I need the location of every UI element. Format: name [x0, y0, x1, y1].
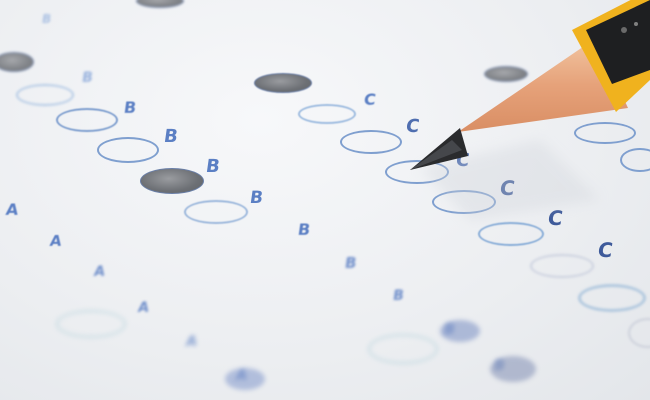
answer-letter-a: A [93, 264, 106, 280]
answer-letter-b: B [297, 220, 312, 239]
empty-bubble [368, 334, 438, 364]
answer-letter-c: C [455, 150, 471, 171]
answer-letter-c: C [596, 238, 614, 262]
answer-letter-b: B [123, 98, 138, 117]
answer-letter-b: B [163, 126, 180, 147]
empty-bubble [97, 137, 159, 163]
empty-bubble [578, 284, 646, 312]
empty-bubble [478, 222, 544, 246]
empty-bubble [530, 254, 594, 278]
answer-letter-b: B [41, 12, 52, 26]
answer-sheet-photo: B B B B B B B B B B B A A A A A A C C C … [0, 0, 650, 400]
empty-bubble [385, 160, 449, 184]
answer-letter-c: C [498, 176, 516, 200]
answer-letter-a: A [137, 300, 150, 316]
answer-letter-b: B [81, 70, 94, 86]
empty-bubble [620, 148, 650, 172]
answer-letter-c: C [546, 206, 564, 230]
empty-bubble [184, 200, 248, 224]
answer-letter-b: B [249, 188, 265, 208]
answer-letter-c: C [363, 90, 377, 109]
blurred-mark [225, 368, 265, 390]
empty-bubble [298, 104, 356, 124]
answer-letter-a: A [185, 334, 198, 350]
answer-letter-b: B [392, 288, 405, 304]
filled-bubble [254, 73, 312, 93]
blurred-mark [440, 320, 480, 342]
answer-letter-a: A [49, 232, 63, 250]
answer-letter-b: B [344, 254, 358, 272]
empty-bubble [16, 84, 74, 106]
empty-bubble [432, 190, 496, 214]
pencil [0, 0, 650, 400]
blurred-mark [490, 356, 536, 382]
empty-bubble [340, 130, 402, 154]
filled-bubble [484, 66, 528, 82]
answer-letter-c: C [405, 116, 421, 137]
empty-bubble [628, 318, 650, 348]
empty-bubble [574, 122, 636, 144]
answer-letter-a: A [5, 200, 20, 219]
filled-bubble [136, 0, 184, 8]
filled-bubble [140, 168, 204, 194]
empty-bubble [56, 108, 118, 132]
empty-bubble [56, 310, 126, 338]
answer-letter-b: B [205, 156, 222, 177]
filled-bubble [0, 52, 34, 72]
